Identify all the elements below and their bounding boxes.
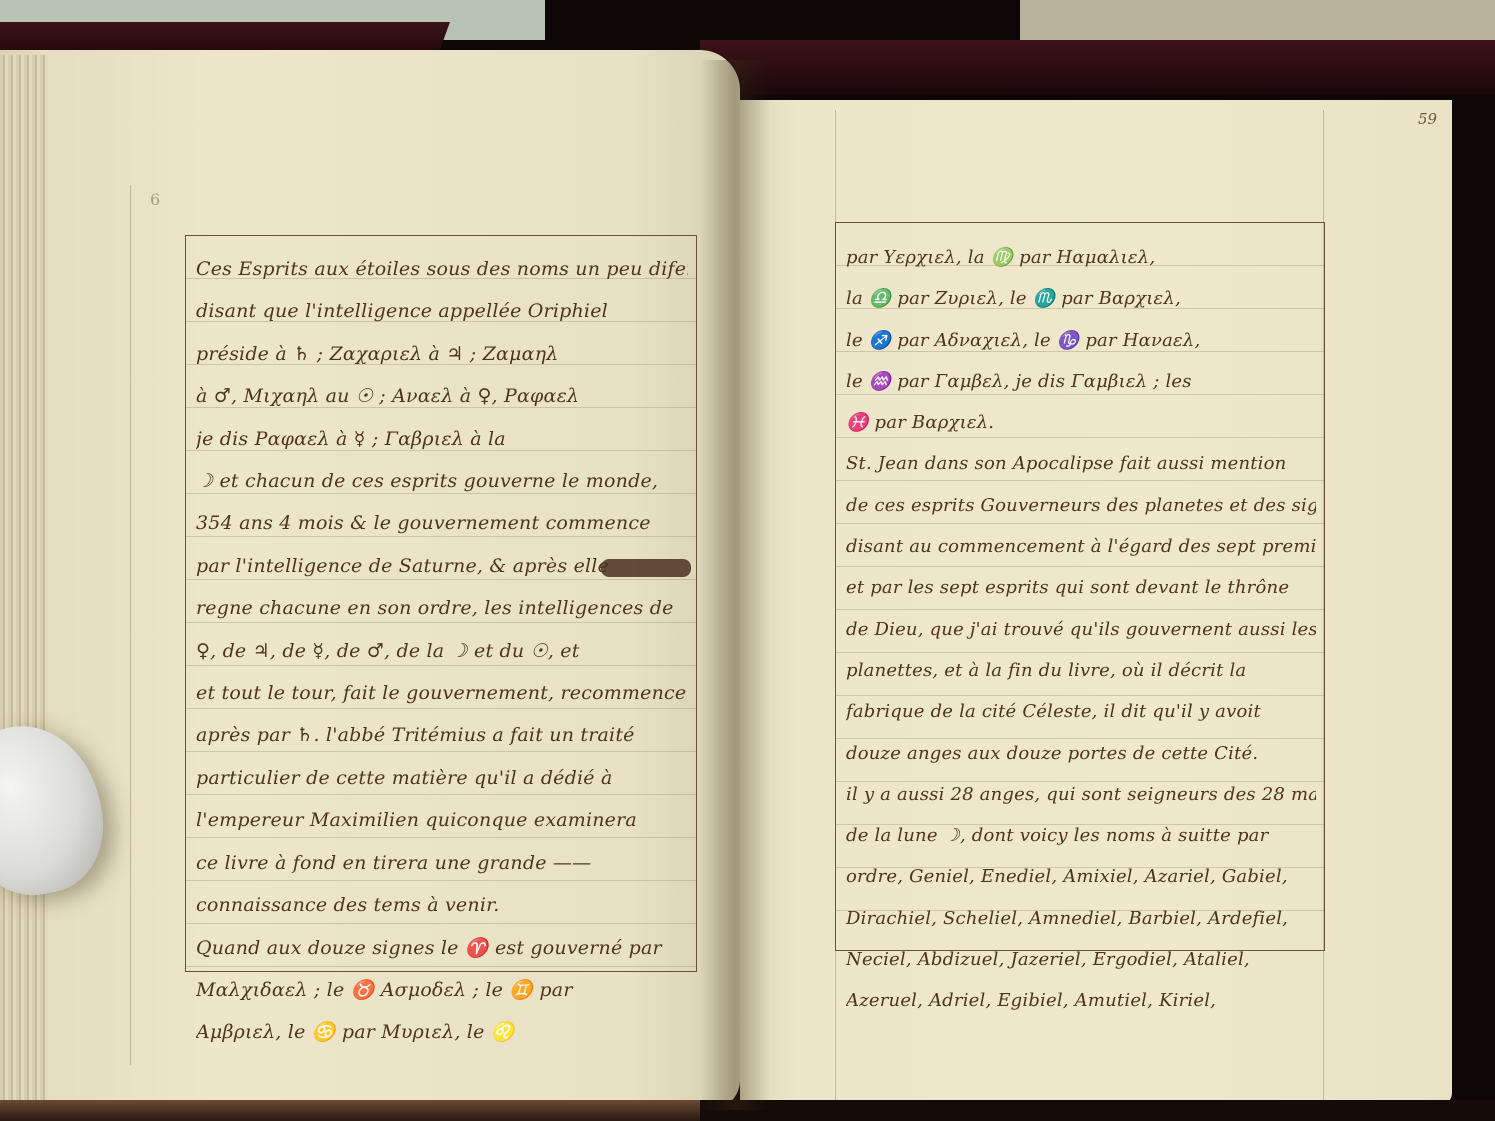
book-cover-left <box>0 22 450 52</box>
text-line: le ♒ par Γαμβελ, je dis Γαμβιελ ; les <box>846 361 1316 402</box>
text-line: et par les sept esprits qui sont devant … <box>846 567 1316 608</box>
text-line: ☽ et chacun de ces esprits gouverne le m… <box>196 460 688 502</box>
text-line: Neciel, Abdizuel, Jazeriel, Ergodiel, At… <box>846 939 1316 980</box>
text-line: douze anges aux douze portes de cette Ci… <box>846 733 1316 774</box>
text-line: Dirachiel, Scheliel, Amnediel, Barbiel, … <box>846 898 1316 939</box>
text-line: à ♂, Μιχαηλ au ☉ ; Αναελ à ♀, Ραφαελ <box>196 375 688 417</box>
background-bottom <box>700 1100 1495 1121</box>
page-number: 59 <box>1418 110 1437 128</box>
text-line: il y a aussi 28 anges, qui sont seigneur… <box>846 774 1316 815</box>
text-line: après par ♄. l'abbé Tritémius a fait un … <box>196 714 688 756</box>
text-line: de la lune ☽, dont voicy les noms à suit… <box>846 815 1316 856</box>
text-line: par Υερχιελ, la ♍ par Ηαμαλιελ, <box>846 237 1316 278</box>
handwritten-text-right: par Υερχιελ, la ♍ par Ηαμαλιελ, la ♎ par… <box>846 237 1316 1022</box>
text-line: ♀, de ♃, de ☿, de ♂, de la ☽ et du ☉, et <box>196 630 688 672</box>
ink-blot <box>601 559 691 577</box>
text-line: regne chacune en son ordre, les intellig… <box>196 587 688 629</box>
margin-mark: 6 <box>150 190 160 209</box>
text-line: Ces Esprits aux étoiles sous des noms un… <box>196 248 688 290</box>
text-line: St. Jean dans son Apocalipse fait aussi … <box>846 443 1316 484</box>
text-line: je dis Ραφαελ à ☿ ; Γαβριελ à la <box>196 418 688 460</box>
margin-rule-left-outer <box>130 185 131 1065</box>
background-card-right <box>1020 0 1495 42</box>
text-line: ordre, Geniel, Enediel, Amixiel, Azariel… <box>846 856 1316 897</box>
text-line: ce livre à fond en tirera une grande —— <box>196 842 688 884</box>
text-line: ♓ par Βαρχιελ. <box>846 402 1316 443</box>
book-cover-right <box>700 40 1495 95</box>
text-line: et tout le tour, fait le gouvernement, r… <box>196 672 688 714</box>
book-gutter <box>700 60 770 1110</box>
text-line: de ces esprits Gouverneurs des planetes … <box>846 485 1316 526</box>
text-line: disant au commencement à l'égard des sep… <box>846 526 1316 567</box>
text-line: Μαλχιδαελ ; le ♉ Ασμοδελ ; le ♊ par <box>196 969 688 1011</box>
text-line: 354 ans 4 mois & le gouvernement commenc… <box>196 502 688 544</box>
text-line: connaissance des tems à venir. <box>196 884 688 926</box>
text-line: de Dieu, que j'ai trouvé qu'ils gouverne… <box>846 609 1316 650</box>
handwritten-text-left: Ces Esprits aux étoiles sous des noms un… <box>196 248 688 1054</box>
text-line: Azeruel, Adriel, Egibiel, Amutiel, Kirie… <box>846 980 1316 1021</box>
text-line: disant que l'intelligence appellée Oriph… <box>196 290 688 332</box>
text-line: planettes, et à la fin du livre, où il d… <box>846 650 1316 691</box>
text-line: préside à ♄ ; Ζαχαριελ à ♃ ; Ζαμαηλ <box>196 333 688 375</box>
text-line: fabrique de la cité Céleste, il dit qu'i… <box>846 691 1316 732</box>
text-block-left: Ces Esprits aux étoiles sous des noms un… <box>185 235 697 972</box>
book-bottom-edge <box>0 1100 700 1121</box>
text-line: Αμβριελ, le ♋ par Μυριελ, le ♌ <box>196 1011 688 1053</box>
text-line: particulier de cette matière qu'il a déd… <box>196 757 688 799</box>
page-stack-edge <box>0 55 48 1105</box>
text-line: Quand aux douze signes le ♈ est gouverné… <box>196 927 688 969</box>
text-line: le ♐ par Αδναχιελ, le ♑ par Ηανaελ, <box>846 320 1316 361</box>
text-line: l'empereur Maximilien quiconque examiner… <box>196 799 688 841</box>
text-block-right: par Υερχιελ, la ♍ par Ηαμαλιελ, la ♎ par… <box>835 222 1325 951</box>
text-line: la ♎ par Ζυριελ, le ♏ par Βαρχιελ, <box>846 278 1316 319</box>
